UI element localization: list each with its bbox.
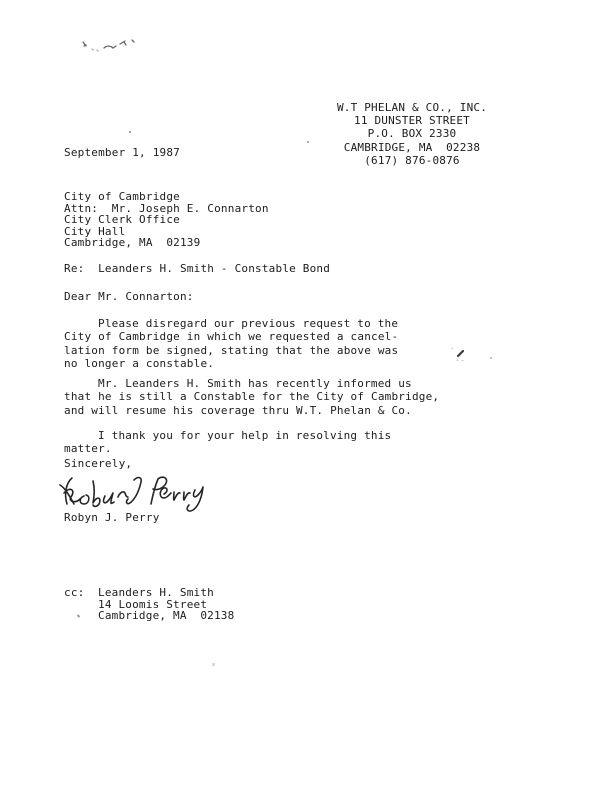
body-line: City of Cambridge in which we requested …: [64, 330, 398, 343]
closing: Sincerely,: [64, 457, 132, 470]
letterhead-street: 11 DUNSTER STREET: [330, 114, 494, 127]
scan-speck: [307, 141, 309, 143]
pen-mark-speck: [448, 344, 474, 364]
subject-line: Re: Leanders H. Smith - Constable Bond: [64, 262, 330, 275]
cc-label: cc:: [64, 587, 98, 622]
cc-line: Cambridge, MA 02138: [98, 610, 234, 622]
recipient-line: City of Cambridge: [64, 191, 269, 203]
recipient-address: City of Cambridge Attn: Mr. Joseph E. Co…: [64, 191, 269, 249]
body-line: lation form be signed, stating that the …: [64, 344, 398, 357]
body-line: and will resume his coverage thru W.T. P…: [64, 404, 439, 417]
body-paragraph: I thank you for your help in resolving t…: [64, 429, 391, 456]
typed-signature: Robyn J. Perry: [64, 511, 160, 524]
cc-block: cc: Leanders H. Smith 14 Loomis Street C…: [64, 587, 234, 622]
body-line: Please disregard our previous request to…: [64, 317, 398, 330]
letterhead-po-box: P.O. BOX 2330: [330, 127, 494, 140]
body-line: no longer a constable.: [64, 357, 398, 370]
scan-speck: [490, 357, 492, 359]
scan-speck: [129, 131, 131, 133]
company-name: W.T PHELAN & CO., INC.: [330, 101, 494, 114]
cc-lines: Leanders H. Smith 14 Loomis Street Cambr…: [98, 587, 234, 622]
body-line: matter.: [64, 442, 391, 455]
letter-page: W.T PHELAN & CO., INC. 11 DUNSTER STREET…: [0, 0, 593, 800]
letterhead-city-state-zip: CAMBRIDGE, MA 02238: [330, 141, 494, 154]
scan-speck: [212, 663, 215, 666]
cc-line: Leanders H. Smith: [98, 587, 234, 599]
body-paragraph: Please disregard our previous request to…: [64, 317, 398, 371]
body-line: Mr. Leanders H. Smith has recently infor…: [64, 377, 439, 390]
body-line: I thank you for your help in resolving t…: [64, 429, 391, 442]
letterhead: W.T PHELAN & CO., INC. 11 DUNSTER STREET…: [330, 101, 494, 167]
body-paragraph: Mr. Leanders H. Smith has recently infor…: [64, 377, 439, 417]
letterhead-phone: (617) 876-0876: [330, 154, 494, 167]
salutation: Dear Mr. Connarton:: [64, 290, 194, 303]
body-line: that he is still a Constable for the Cit…: [64, 390, 439, 403]
recipient-line: Cambridge, MA 02139: [64, 237, 269, 249]
handwritten-scribble: [80, 38, 146, 58]
date-line: September 1, 1987: [64, 146, 180, 159]
